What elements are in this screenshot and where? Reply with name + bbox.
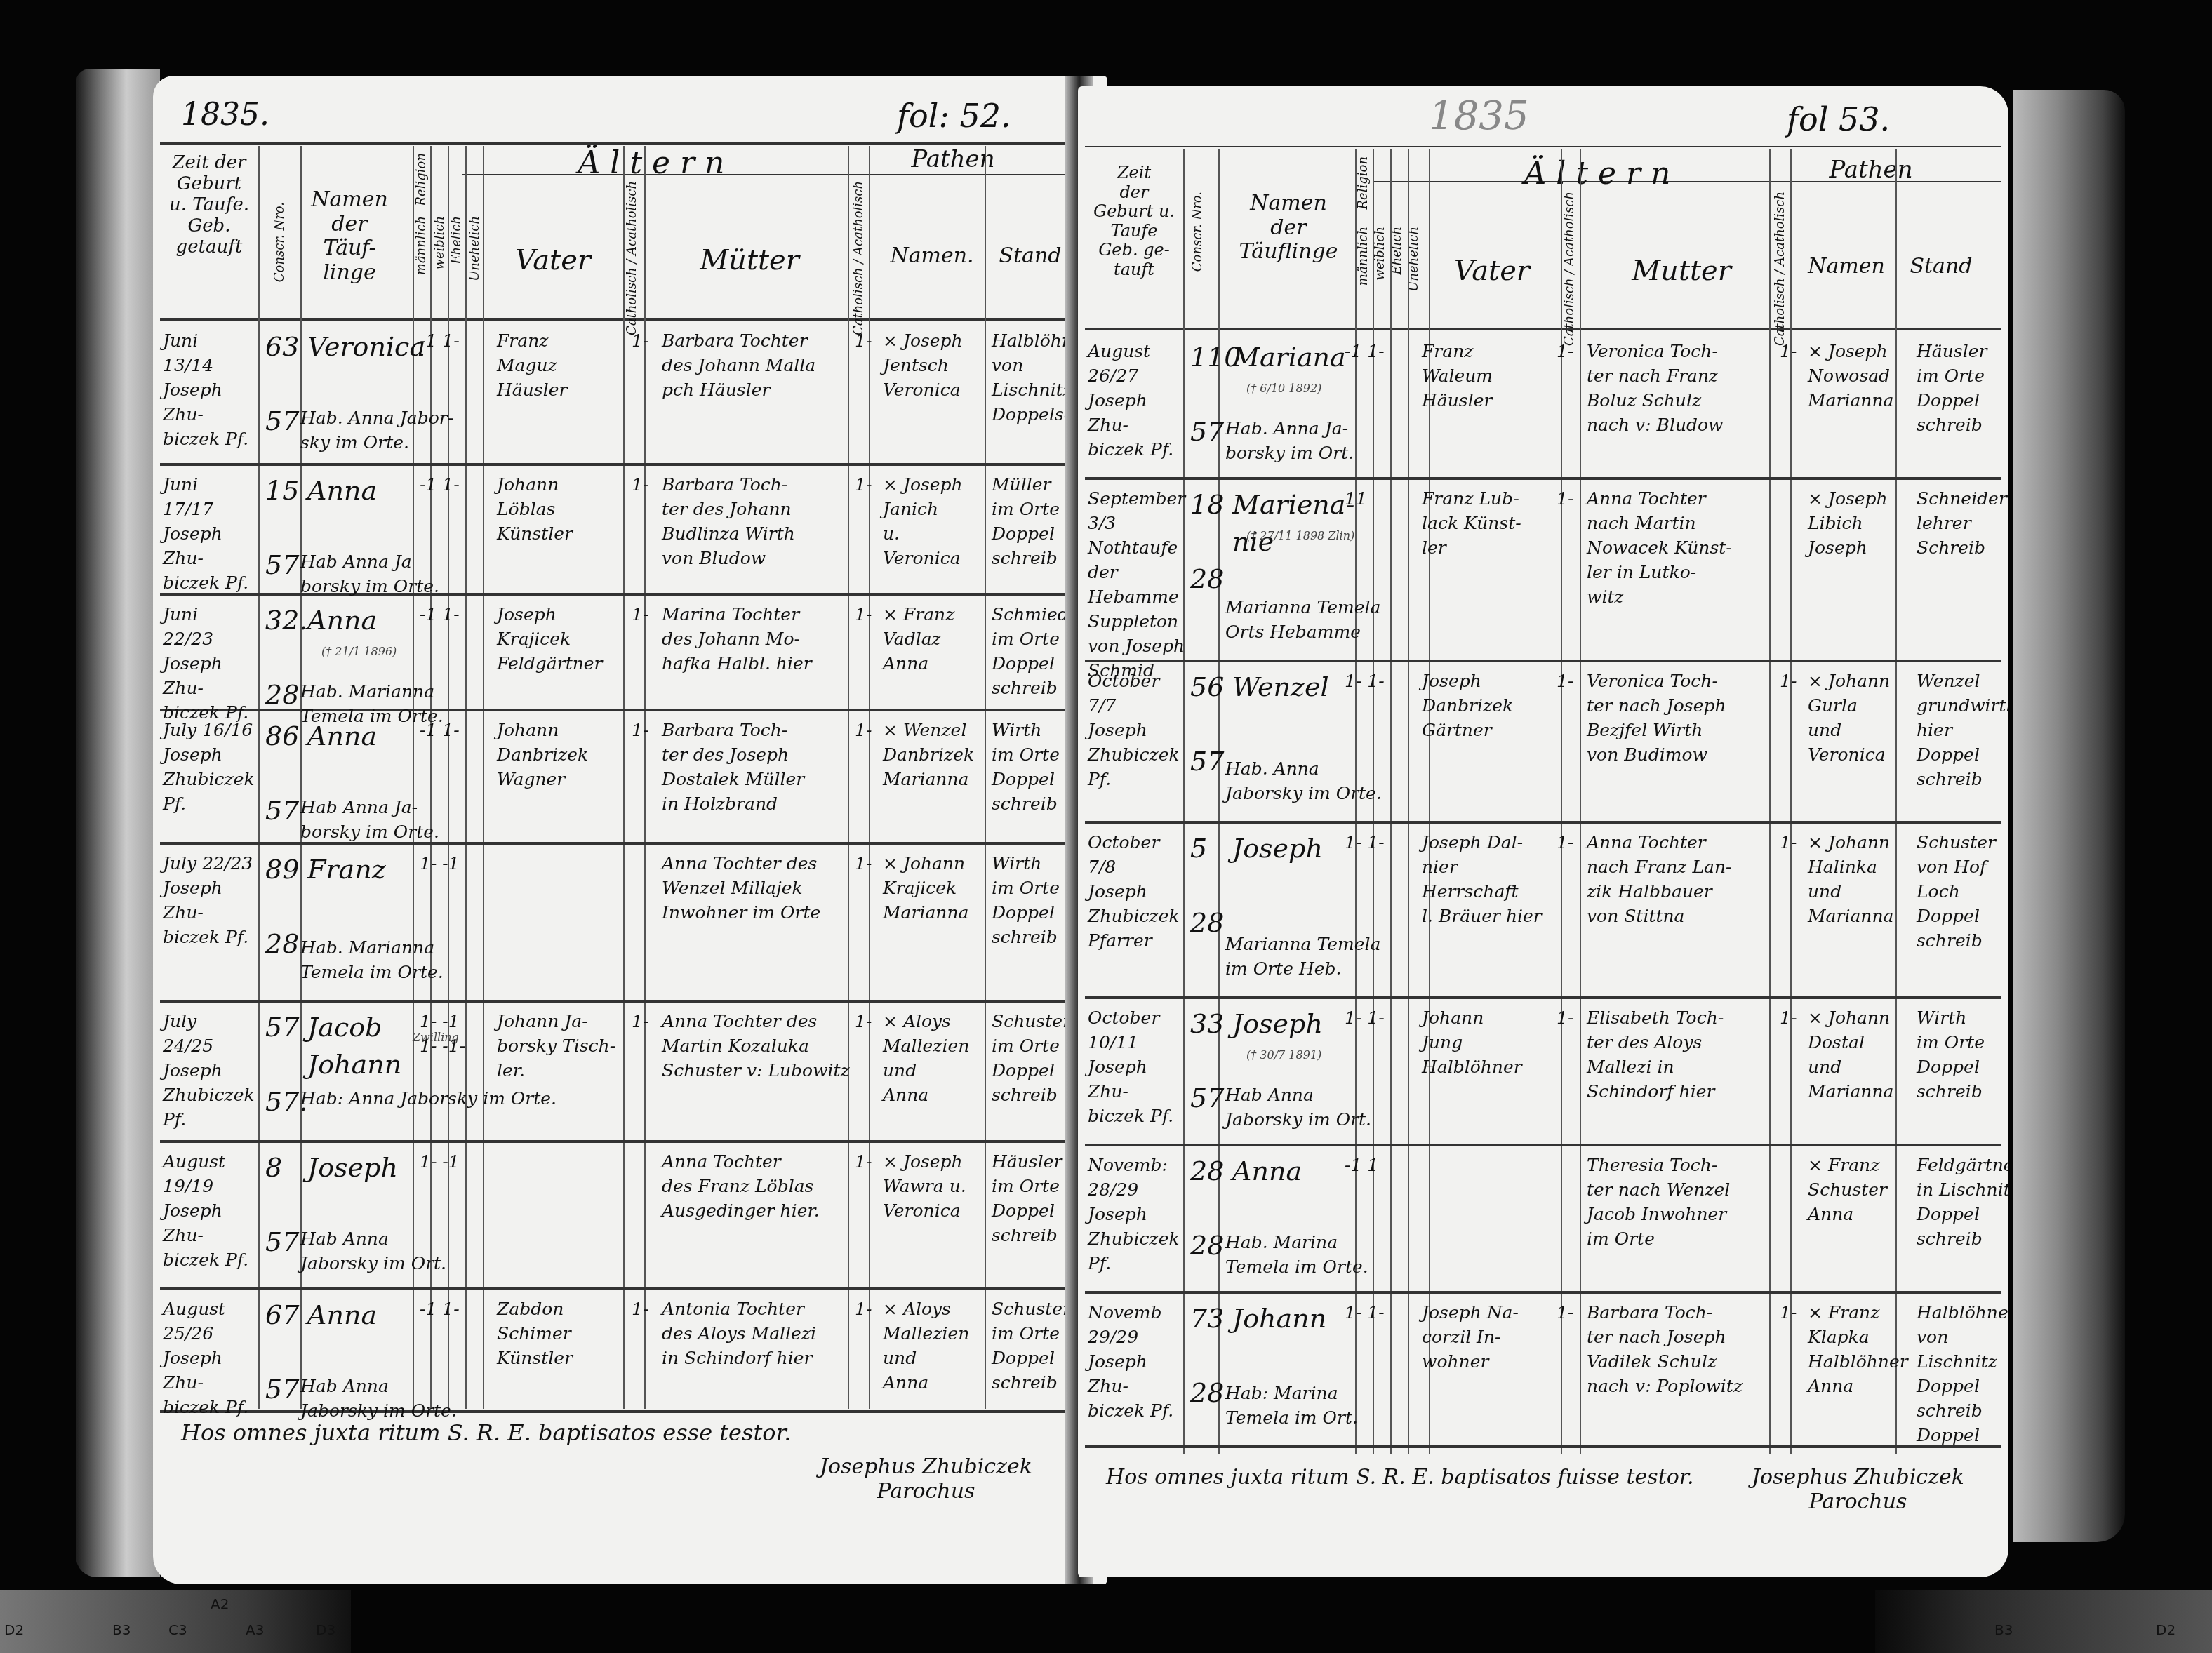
- godparent-name: × Franz Schuster Anna: [1808, 1153, 1920, 1226]
- father-name: Johann Ja- borsky Tisch- ler.: [497, 1009, 630, 1083]
- header-mother: Mutter: [1597, 255, 1766, 287]
- sex-legitimacy: 11: [1345, 486, 1415, 511]
- mother-religion: 1-: [855, 472, 883, 497]
- child-name: Anna: [1232, 1153, 1352, 1190]
- child-name: Joseph: [1232, 1005, 1352, 1043]
- sex-legitimacy: 1- 1-: [1345, 669, 1415, 693]
- film-label: A2: [211, 1595, 229, 1612]
- table-row: July 22/23 Joseph Zhu- biczek Pf.89 28Fr…: [160, 844, 1100, 1002]
- father-name: Joseph Krajicek Feldgärtner: [497, 602, 630, 676]
- table-row: August 19/19 Joseph Zhu- biczek Pf.8 57J…: [160, 1142, 1100, 1290]
- godparent-status: Schuster von Hof Loch Doppel schreib: [1917, 830, 2008, 953]
- father-religion: 1-: [1557, 830, 1585, 855]
- header-religion: Religion: [1356, 156, 1371, 209]
- midwife-note: Hab Anna Ja borsky im Orte.: [300, 549, 567, 598]
- godparent-status: Halblöhner von Lischnitz Doppel schreib …: [1917, 1300, 2008, 1447]
- father-name: Joseph Danbrizek Gärtner: [1422, 669, 1555, 742]
- father-religion: 1-: [1557, 1300, 1585, 1325]
- father-religion: 1-: [1557, 1005, 1585, 1030]
- child-name: Veronica: [307, 328, 427, 366]
- header-godparent-name: Namen: [1797, 255, 1895, 279]
- child-name: Mariena- nie: [1232, 486, 1352, 561]
- father-name: Joseph Dal- nier Herrschaft l. Bräuer hi…: [1422, 830, 1555, 928]
- folio-number: fol: 52.: [897, 97, 1011, 135]
- child-name: Anna: [307, 1297, 427, 1334]
- film-label: D3: [316, 1621, 335, 1638]
- header-mother-religion: Catholisch / Acatholisch: [851, 181, 866, 335]
- godparent-name: × Franz Vadlaz Anna: [883, 602, 995, 676]
- house-number: 18 28: [1190, 486, 1232, 598]
- child-name: Anna: [307, 472, 427, 509]
- child-name: Anna: [307, 718, 427, 755]
- sex-legitimacy: 1- 1-: [1345, 1005, 1415, 1030]
- child-name: Wenzel: [1232, 669, 1352, 706]
- child-name: Anna: [307, 602, 427, 639]
- mother-religion: 1-: [855, 1149, 883, 1174]
- mother-religion: 1-: [855, 602, 883, 627]
- death-note: († 30/7 1891): [1246, 1048, 1359, 1063]
- sex-legitimacy: -1 1: [1345, 1153, 1415, 1177]
- entry-date: August 26/27 Joseph Zhu- biczek Pf.: [1088, 339, 1193, 462]
- godparent-status: Wirth im Orte Doppel schreib: [1917, 1005, 2008, 1104]
- header-male: männlich: [1356, 227, 1371, 286]
- father-religion: 1-: [632, 718, 660, 742]
- entry-date: July 24/25 Joseph Zhubiczek Pf.: [163, 1009, 268, 1132]
- godparent-name: × Joseph Jentsch Veronica: [883, 328, 995, 402]
- priest-signature: Josephus Zhubiczek Parochus: [820, 1454, 1032, 1504]
- sex-legitimacy: 1- -1 1- -1-: [420, 1009, 490, 1058]
- rule: [1085, 146, 2001, 147]
- header-mother: Mütter: [658, 244, 841, 276]
- mother-name: Barbara Toch- ter des Joseph Dostalek Mü…: [662, 718, 851, 816]
- table-row: Novemb: 28/29 Joseph Zhubiczek Pf.28 28A…: [1085, 1146, 2001, 1293]
- header-godparent-status: Stand: [988, 244, 1072, 269]
- table-row: July 24/25 Joseph Zhubiczek Pf.57 57.Jac…: [160, 1002, 1100, 1142]
- mother-religion: 1-: [1780, 669, 1808, 693]
- header-godparent-name: Namen.: [879, 244, 985, 269]
- midwife-note: Hab. Anna Ja- borsky im Ort.: [1225, 416, 1492, 465]
- godparent-name: × Johann Gurla und Veronica: [1808, 669, 1920, 767]
- sex-legitimacy: -1 1-: [420, 718, 490, 742]
- mother-name: Barbara Toch- ter des Johann Budlinza Wi…: [662, 472, 851, 570]
- header-legit: Ehelich: [449, 216, 464, 265]
- godparent-status: Feldgärtner in Lischnitz Doppel schreib: [1917, 1153, 2008, 1251]
- register-book-spread: 1835. fol: 52. Zeit der Geburt u. Taufe.…: [83, 55, 2076, 1602]
- child-name: Jacob Johann: [307, 1009, 427, 1083]
- table-row: July 16/16 Joseph Zhubiczek Pf.86 57Anna…: [160, 711, 1100, 844]
- midwife-note: Hab Anna Jaborsky im Orte.: [300, 1374, 567, 1423]
- mother-name: Anna Tochter nach Martin Nowacek Künst- …: [1587, 486, 1776, 609]
- mother-religion: 1-: [1780, 339, 1808, 363]
- table-row: Juni 22/23 Joseph Zhu- biczek Pf.32. 28A…: [160, 595, 1100, 711]
- mother-name: Anna Tochter des Franz Löblas Ausgedinge…: [662, 1149, 851, 1223]
- header-conscr: Conscr. Nro.: [272, 202, 287, 282]
- mother-religion: 1-: [1780, 1005, 1808, 1030]
- father-name: Joseph Na- corzil In- wohner: [1422, 1300, 1555, 1374]
- father-religion: 1-: [632, 472, 660, 497]
- entry-date: July 22/23 Joseph Zhu- biczek Pf.: [163, 851, 268, 949]
- child-name: Franz: [307, 851, 427, 888]
- mother-name: Barbara Tochter des Johann Malla pch Häu…: [662, 328, 851, 402]
- mother-name: Antonia Tochter des Aloys Mallezi in Sch…: [662, 1297, 851, 1370]
- book-edge-right: [2013, 90, 2125, 1542]
- sex-legitimacy: 1- -1: [420, 851, 490, 876]
- table-row: Juni 13/14 Joseph Zhu- biczek Pf.63 57Ve…: [160, 321, 1100, 465]
- father-name: Franz Lub- lack Künst- ler: [1422, 486, 1555, 560]
- father-name: Johann Löblas Künstler: [497, 472, 630, 546]
- midwife-note: Hab Anna Jaborsky im Ort.: [300, 1226, 567, 1276]
- header-godparents: Pathen: [883, 146, 1023, 173]
- mother-religion: 1-: [855, 851, 883, 876]
- attestation: Hos omnes juxta ritum S. R. E. baptisato…: [1106, 1465, 1693, 1490]
- table-row: August 25/26 Joseph Zhu- biczek Pf.67 57…: [160, 1290, 1100, 1412]
- father-religion: 1-: [1557, 486, 1585, 511]
- page-year-pencil: 1835: [1429, 93, 1529, 139]
- entry-date: Novemb 29/29 Joseph Zhu- biczek Pf.: [1088, 1300, 1193, 1423]
- entry-date: September 3/3 Nothtaufe der Hebamme Supp…: [1088, 486, 1193, 683]
- sex-legitimacy: 1- 1-: [1345, 1300, 1415, 1325]
- header-religion: Religion: [414, 153, 429, 206]
- mother-name: Barbara Toch- ter nach Joseph Vadilek Sc…: [1587, 1300, 1776, 1398]
- table-row: Novemb 29/29 Joseph Zhu- biczek Pf.73 28…: [1085, 1293, 2001, 1447]
- midwife-note: Hab: Anna Jaborsky im Orte.: [300, 1086, 567, 1111]
- header-female: weiblich: [1373, 227, 1387, 281]
- header-male: männlich: [414, 216, 429, 275]
- father-religion: 1-: [1557, 669, 1585, 693]
- mother-name: Theresia Toch- ter nach Wenzel Jacob Inw…: [1587, 1153, 1776, 1251]
- mother-religion: 1-: [1780, 830, 1808, 855]
- table-row: September 3/3 Nothtaufe der Hebamme Supp…: [1085, 479, 2001, 662]
- death-note: († 6/10 1892): [1246, 381, 1359, 396]
- film-target-left: A2 D2 B3 C3 A3 D3: [0, 1590, 351, 1653]
- godparent-name: × Joseph Wawra u. Veronica: [883, 1149, 995, 1223]
- sex-legitimacy: 1- 1-: [1345, 830, 1415, 855]
- entry-date: Juni 22/23 Joseph Zhu- biczek Pf.: [163, 602, 268, 725]
- folio-number: fol 53.: [1787, 100, 1890, 138]
- death-note: († 21/1 1896): [321, 644, 434, 660]
- father-religion: 1-: [632, 328, 660, 353]
- entry-date: Juni 13/14 Joseph Zhu- biczek Pf.: [163, 328, 268, 451]
- table-row: October 7/7 Joseph Zhubiczek Pf.56 57Wen…: [1085, 662, 2001, 823]
- table-row: October 7/8 Joseph Zhubiczek Pfarrer5 28…: [1085, 823, 2001, 998]
- godparent-name: × Joseph Libich Joseph: [1808, 486, 1920, 560]
- death-note: († 27/11 1898 Zlin): [1246, 528, 1359, 544]
- rule: [1085, 328, 2001, 330]
- midwife-note: Hab. Anna Jabor- sky im Orte.: [300, 406, 567, 455]
- child-name: Joseph: [307, 1149, 427, 1186]
- godparent-name: × Wenzel Danbrizek Marianna: [883, 718, 995, 791]
- header-time: Zeit der Geburt u. Taufe. Geb. getauft: [160, 153, 258, 257]
- entry-date: August 19/19 Joseph Zhu- biczek Pf.: [163, 1149, 268, 1272]
- child-name: Joseph: [1232, 830, 1352, 867]
- header-conscr: Conscr. Nro.: [1190, 192, 1205, 272]
- right-page: 1835 fol 53. Zeit der Geburt u. Taufe Ge…: [1078, 86, 2008, 1577]
- godparent-status: Schneider lehrer Schreib: [1917, 486, 2008, 560]
- entry-date: October 7/7 Joseph Zhubiczek Pf.: [1088, 669, 1193, 791]
- header-mother-religion: Catholisch / Acatholisch: [1773, 192, 1787, 346]
- father-name: Johann Jung Halblöhner: [1422, 1005, 1555, 1079]
- entry-date: July 16/16 Joseph Zhubiczek Pf.: [163, 718, 268, 816]
- priest-signature: Josephus Zhubiczek Parochus: [1752, 1465, 1964, 1514]
- header-parents: Ä l t e r n: [1429, 156, 1766, 192]
- header-time: Zeit der Geburt u. Taufe Geb. ge- tauft: [1085, 163, 1183, 280]
- mother-religion: 1-: [855, 1297, 883, 1321]
- entry-date: October 10/11 Joseph Zhu- biczek Pf.: [1088, 1005, 1193, 1128]
- father-name: Franz Waleum Häusler: [1422, 339, 1555, 413]
- attestation: Hos omnes juxta ritum S. R. E. baptisato…: [181, 1419, 792, 1446]
- father-religion: 1-: [1557, 339, 1585, 363]
- header-godparents: Pathen: [1801, 156, 1941, 184]
- film-label: B3: [112, 1621, 131, 1638]
- row-rule: [1085, 1445, 2001, 1448]
- midwife-note: Hab Anna Ja- borsky im Orte.: [300, 795, 567, 844]
- mother-religion: 1-: [855, 1009, 883, 1033]
- godparent-name: × Aloys Mallezien und Anna: [883, 1297, 995, 1395]
- midwife-note: Marianna Temela im Orte Heb.: [1225, 932, 1492, 981]
- header-father: Vater: [497, 244, 609, 276]
- table-row: Juni 17/17 Joseph Zhu- biczek Pf.15 57An…: [160, 465, 1100, 595]
- midwife-note: Hab Anna Jaborsky im Ort.: [1225, 1083, 1492, 1132]
- book-edge-left: [76, 69, 160, 1577]
- godparent-name: × Johann Krajicek Marianna: [883, 851, 995, 925]
- entry-date: Juni 17/17 Joseph Zhu- biczek Pf.: [163, 472, 268, 595]
- film-label: B3: [1994, 1621, 2013, 1638]
- mother-name: Anna Tochter nach Franz Lan- zik Halbbau…: [1587, 830, 1776, 928]
- midwife-note: Hab. Marina Temela im Orte.: [1225, 1230, 1492, 1279]
- father-religion: 1-: [632, 1297, 660, 1321]
- godparent-status: Wenzel grundwirth hier Doppel schreib: [1917, 669, 2008, 791]
- film-label: C3: [168, 1621, 187, 1638]
- page-year: 1835.: [181, 97, 269, 133]
- godparent-name: × Johann Halinka und Marianna: [1808, 830, 1920, 928]
- godparent-status: Häusler im Orte Doppel schreib: [1917, 339, 2008, 437]
- mother-religion: 1-: [855, 718, 883, 742]
- header-father-religion: Catholisch / Acatholisch: [1562, 192, 1577, 346]
- header-female: weiblich: [432, 216, 447, 270]
- header-parents: Ä l t e r n: [483, 146, 820, 182]
- header-name: Namen der Täuflinge: [1218, 192, 1359, 265]
- sex-legitimacy: -1 1-: [1345, 339, 1415, 363]
- father-name: Zabdon Schimer Künstler: [497, 1297, 630, 1370]
- midwife-note: Hab: Marina Temela im Ort.: [1225, 1381, 1492, 1430]
- mother-name: Veronica Toch- ter nach Franz Boluz Schu…: [1587, 339, 1776, 437]
- godparent-name: × Aloys Mallezien und Anna: [883, 1009, 995, 1107]
- film-target-right: B3 D2: [1875, 1590, 2212, 1653]
- mother-name: Anna Tochter des Martin Kozaluka Schuste…: [662, 1009, 851, 1083]
- father-name: Franz Maguz Häusler: [497, 328, 630, 402]
- godparent-name: × Franz Klapka Halblöhner Anna: [1808, 1300, 1920, 1398]
- header-name: Namen der Täuf- linge: [300, 188, 399, 285]
- mother-name: Elisabeth Toch- ter des Aloys Mallezi in…: [1587, 1005, 1776, 1104]
- entry-date: August 25/26 Joseph Zhu- biczek Pf.: [163, 1297, 268, 1419]
- child-name: Johann: [1232, 1300, 1352, 1337]
- father-religion: 1-: [632, 1009, 660, 1033]
- midwife-note: Hab. Marianna Temela im Orte.: [300, 935, 567, 984]
- sex-legitimacy: -1 1-: [420, 602, 490, 627]
- header-illegit: Unehelich: [467, 216, 482, 281]
- header-father-religion: Catholisch / Acatholisch: [625, 181, 639, 335]
- midwife-note: Hab. Anna Jaborsky im Orte.: [1225, 756, 1492, 805]
- left-page: 1835. fol: 52. Zeit der Geburt u. Taufe.…: [153, 76, 1107, 1584]
- child-name: Mariana: [1232, 339, 1352, 376]
- midwife-note: Marianna Temela Orts Hebamme: [1225, 595, 1492, 644]
- godparent-name: × Johann Dostal und Marianna: [1808, 1005, 1920, 1104]
- header-godparent-status: Stand: [1899, 255, 1983, 279]
- sex-legitimacy: 1- -1: [420, 1149, 490, 1174]
- entry-date: October 7/8 Joseph Zhubiczek Pfarrer: [1088, 830, 1193, 953]
- house-number: 5 28: [1190, 830, 1232, 942]
- header-father: Vater: [1436, 255, 1548, 287]
- film-label: D2: [2156, 1621, 2176, 1638]
- mother-name: Marina Tochter des Johann Mo- hafka Halb…: [662, 602, 851, 676]
- father-name: Johann Danbrizek Wagner: [497, 718, 630, 791]
- mother-name: Anna Tochter des Wenzel Millajek Inwohne…: [662, 851, 851, 925]
- father-religion: 1-: [632, 602, 660, 627]
- table-row: August 26/27 Joseph Zhu- biczek Pf.110 5…: [1085, 332, 2001, 479]
- godparent-name: × Joseph Janich u. Veronica: [883, 472, 995, 570]
- sex-legitimacy: -1 1-: [420, 472, 490, 497]
- mother-name: Veronica Toch- ter nach Joseph Bezjfel W…: [1587, 669, 1776, 767]
- table-row: October 10/11 Joseph Zhu- biczek Pf.33 5…: [1085, 998, 2001, 1146]
- mother-religion: 1-: [855, 328, 883, 353]
- film-label: D2: [4, 1621, 24, 1638]
- godparent-name: × Joseph Nowosad Marianna: [1808, 339, 1920, 413]
- header-legit: Ehelich: [1390, 227, 1404, 275]
- mother-religion: 1-: [1780, 1300, 1808, 1325]
- entry-date: Novemb: 28/29 Joseph Zhubiczek Pf.: [1088, 1153, 1193, 1276]
- film-label: A3: [246, 1621, 264, 1638]
- sex-legitimacy: -1 1-: [420, 1297, 490, 1321]
- sex-legitimacy: -1 1-: [420, 328, 490, 353]
